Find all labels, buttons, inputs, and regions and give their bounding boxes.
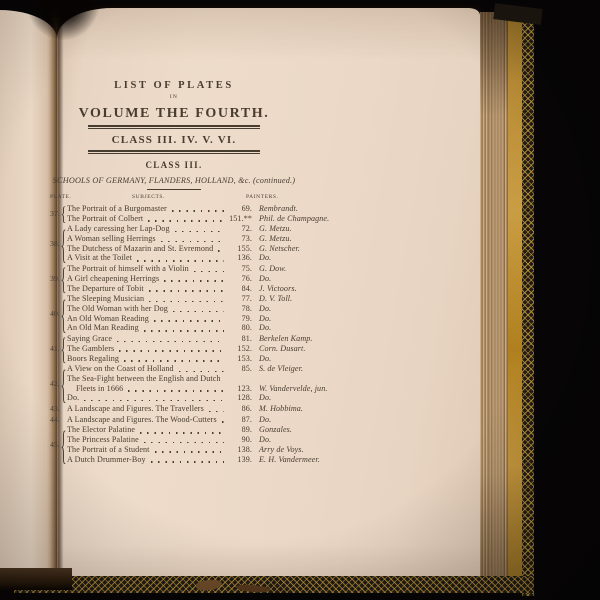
plate-row: A Girl cheapening Herrings76.Do. — [67, 274, 336, 284]
class-current-heading: CLASS III. — [50, 160, 298, 170]
group-brace: { — [60, 364, 67, 403]
subject-text: A Lady caressing her Lap-Dog — [67, 224, 170, 234]
group-rows: A Lady caressing her Lap-Dog72.G. Metzu.… — [67, 224, 336, 263]
group-brace: { — [60, 334, 67, 363]
plate-ref-number: 139. — [226, 455, 252, 465]
subjects-column-header: SUBJECTS. — [132, 194, 165, 200]
plate-row: Boors Regaling153.Do. — [67, 354, 336, 364]
subject-cell: The Sleeping Musician — [67, 294, 226, 304]
painter-name: W. Vandervelde, jun. — [252, 384, 336, 394]
dot-leader — [128, 390, 224, 392]
brace-glyph: { — [61, 294, 67, 334]
subject-cell: The Gamblers — [67, 344, 226, 354]
group-rows: The Portrait of a Burgomaster69.Rembrand… — [67, 204, 336, 223]
group-rows: The Elector Palatine89.Gonzales.The Prin… — [67, 425, 336, 464]
subject-cell: Saying Grace — [67, 334, 226, 344]
painter-name: G. Dow. — [252, 264, 336, 274]
fore-edge-pages — [480, 12, 508, 588]
subject-text: The Gamblers — [67, 344, 114, 354]
plate-ref-number: 86. — [226, 404, 252, 414]
plate-row: The Old Woman with her Dog78.Do. — [67, 304, 336, 314]
subject-cell: The Portrait of himself with a Violin — [67, 264, 226, 274]
dot-leader — [194, 271, 224, 273]
painter-name: Do. — [252, 314, 336, 324]
painter-name: Berkelen Kamp. — [252, 334, 336, 344]
plate-ref-number: 89. — [226, 425, 252, 435]
plate-ref-number: 80. — [226, 323, 252, 333]
plate-row: The Portrait of himself with a Violin75.… — [67, 264, 336, 274]
painter-name: E. H. Vandermeer. — [252, 455, 336, 465]
plates-table: 37.{The Portrait of a Burgomaster69.Remb… — [50, 204, 336, 464]
subject-cell: The Portrait of Colbert — [67, 214, 226, 224]
plate-group: 45.{The Elector Palatine89.Gonzales.The … — [50, 425, 336, 464]
painter-name: Do. — [252, 274, 336, 284]
list-of-plates-title: LIST OF PLATES — [50, 80, 298, 91]
dot-leader — [144, 442, 224, 444]
gilt-edge — [508, 14, 522, 592]
plate-group: 44.A Landscape and Figures. The Wood-Cut… — [50, 415, 336, 425]
plate-row: The Portrait of a Student138.Arry de Voy… — [67, 445, 336, 455]
subject-text: The Princess Palatine — [67, 435, 139, 445]
subject-text: Do. — [67, 393, 79, 403]
dot-leader — [173, 311, 224, 313]
plate-ref-number: 81. — [226, 334, 252, 344]
plate-row: A Visit at the Toilet136.Do. — [67, 253, 336, 263]
subject-text: A View on the Coast of Holland — [67, 364, 174, 374]
plate-ref-number: 85. — [226, 364, 252, 374]
subject-text: The Portrait of a Burgomaster — [67, 204, 167, 214]
dot-leader — [149, 301, 224, 303]
subject-text: The Portrait of himself with a Violin — [67, 264, 189, 274]
subject-text: A Woman selling Herrings — [67, 234, 156, 244]
cover-right-edge — [522, 16, 534, 596]
subject-cell: The Dutchess of Mazarin and St. Evremond — [67, 244, 226, 254]
dot-leader — [124, 360, 224, 362]
plate-row: Saying Grace81.Berkelen Kamp. — [67, 334, 336, 344]
subject-cell: A Landscape and Figures. The Travellers — [67, 404, 226, 414]
plate-row: The Elector Palatine89.Gonzales. — [67, 425, 336, 435]
painter-name: S. de Vleiger. — [252, 364, 336, 374]
dot-leader — [222, 421, 224, 423]
subject-cell: A Woman selling Herrings — [67, 234, 226, 244]
painter-name: Do. — [252, 253, 336, 263]
dot-leader — [179, 371, 224, 373]
plate-row: Fleets in 1666123.W. Vandervelde, jun. — [67, 384, 336, 394]
subject-cell: A View on the Coast of Holland — [67, 364, 226, 374]
group-rows: A Landscape and Figures. The Wood-Cutter… — [67, 415, 336, 425]
brace-glyph: { — [61, 425, 67, 465]
painter-name: Gonzales. — [252, 425, 336, 435]
subject-text: A Landscape and Figures. The Wood-Cutter… — [67, 415, 217, 425]
painter-name: M. Hobbima. — [252, 404, 336, 414]
short-rule — [147, 189, 201, 190]
cover-bottom-edge — [14, 576, 534, 593]
group-brace: { — [60, 294, 67, 333]
dot-leader — [137, 260, 224, 262]
plate-number: 42. — [50, 379, 60, 388]
page-content: LIST OF PLATES IN VOLUME THE FOURTH. CLA… — [50, 80, 336, 464]
plate-row: The Sleeping Musician77.D. V. Toll. — [67, 294, 336, 304]
plate-number: 38. — [50, 239, 60, 248]
group-brace: { — [60, 264, 67, 293]
subject-cell: The Elector Palatine — [67, 425, 226, 435]
subject-cell: The Princess Palatine — [67, 435, 226, 445]
plate-row: An Old Woman Reading79.Do. — [67, 314, 336, 324]
dot-leader — [172, 210, 224, 212]
subject-cell: The Old Woman with her Dog — [67, 304, 226, 314]
painter-name: Do. — [252, 435, 336, 445]
subject-cell: An Old Man Reading — [67, 323, 226, 333]
plate-ref-number: 136. — [226, 253, 252, 263]
painter-name: Do. — [252, 354, 336, 364]
painter-name: G. Metzu. — [252, 234, 336, 244]
plate-ref-number: 138. — [226, 445, 252, 455]
painter-name: Do. — [252, 323, 336, 333]
subject-text: The Sleeping Musician — [67, 294, 144, 304]
plate-group: 41.{Saying Grace81.Berkelen Kamp.The Gam… — [50, 334, 336, 363]
subject-cell: Boors Regaling — [67, 354, 226, 364]
dot-leader — [148, 220, 224, 222]
plate-row: A Landscape and Figures. The Wood-Cutter… — [67, 415, 336, 425]
subject-text: A Girl cheapening Herrings — [67, 274, 159, 284]
subject-text: The Portrait of Colbert — [67, 214, 143, 224]
plate-ref-number: 123. — [226, 384, 252, 394]
fore-edge-shading — [480, 12, 508, 588]
subject-text: A Visit at the Toilet — [67, 253, 132, 263]
plate-row: Do.128.Do. — [67, 393, 336, 403]
plate-group: 38.{A Lady caressing her Lap-Dog72.G. Me… — [50, 224, 336, 263]
plate-column-header: PLATE. — [50, 194, 71, 200]
dot-leader — [149, 290, 224, 292]
subject-text: An Old Man Reading — [67, 323, 139, 333]
plate-ref-number: 155. — [226, 244, 252, 254]
plate-ref-number: 90. — [226, 435, 252, 445]
plate-ref-number: 152. — [226, 344, 252, 354]
dot-leader — [140, 432, 224, 434]
plate-row: A Landscape and Figures. The Travellers8… — [67, 404, 336, 414]
group-rows: A View on the Coast of Holland85.S. de V… — [67, 364, 336, 403]
painter-name: Rembrandt. — [252, 204, 336, 214]
subject-cell: The Portrait of a Burgomaster — [67, 204, 226, 214]
plate-group: 37.{The Portrait of a Burgomaster69.Remb… — [50, 204, 336, 223]
plate-row: The Dutchess of Mazarin and St. Evremond… — [67, 244, 336, 254]
plate-ref-number: 77. — [226, 294, 252, 304]
dot-leader — [154, 320, 224, 322]
plate-row: A Lady caressing her Lap-Dog72.G. Metzu. — [67, 224, 336, 234]
plate-ref-number: 72. — [226, 224, 252, 234]
plate-number: 43. — [50, 404, 60, 413]
subject-cell: A Girl cheapening Herrings — [67, 274, 226, 284]
group-brace: { — [60, 224, 67, 263]
painter-name: Phil. de Champagne. — [252, 214, 336, 224]
painter-name: Corn. Dusart. — [252, 344, 336, 354]
plate-ref-number: 76. — [226, 274, 252, 284]
gutter-top-shadow — [26, 0, 100, 40]
in-word: IN — [50, 94, 298, 100]
page-header: LIST OF PLATES IN VOLUME THE FOURTH. CLA… — [50, 80, 298, 190]
class-range-heading: CLASS III. IV. V. VI. — [50, 134, 298, 146]
dot-leader — [164, 280, 224, 282]
dot-leader — [117, 341, 224, 343]
plate-row: A Woman selling Herrings73.G. Metzu. — [67, 234, 336, 244]
brace-glyph: { — [61, 334, 67, 364]
subject-cell: An Old Woman Reading — [67, 314, 226, 324]
plate-row: The Portrait of a Burgomaster69.Rembrand… — [67, 204, 336, 214]
subject-text: The Departure of Tobit — [67, 284, 144, 294]
subject-cell: A Dutch Drummer-Boy — [67, 455, 226, 465]
plate-group: 40.{The Sleeping Musician77.D. V. Toll.T… — [50, 294, 336, 333]
subject-cell: A Landscape and Figures. The Wood-Cutter… — [67, 415, 226, 425]
book-photo: LIST OF PLATES IN VOLUME THE FOURTH. CLA… — [0, 0, 600, 600]
plate-ref-number: 78. — [226, 304, 252, 314]
painter-name: J. Victoors. — [252, 284, 336, 294]
subject-text: The Sea-Fight between the English and Du… — [67, 374, 221, 384]
plate-row: A Dutch Drummer-Boy139.E. H. Vandermeer. — [67, 455, 336, 465]
plate-ref-number: 153. — [226, 354, 252, 364]
plate-number: 39. — [50, 274, 60, 283]
plate-row: The Princess Palatine90.Do. — [67, 435, 336, 445]
plate-ref-number: 73. — [226, 234, 252, 244]
subject-cell: A Lady caressing her Lap-Dog — [67, 224, 226, 234]
plate-row: The Portrait of Colbert151.**Phil. de Ch… — [67, 214, 336, 224]
subject-text: Boors Regaling — [67, 354, 119, 364]
divider-rule — [88, 125, 260, 129]
group-rows: The Sleeping Musician77.D. V. Toll.The O… — [67, 294, 336, 333]
volume-title: VOLUME THE FOURTH. — [50, 106, 298, 121]
subject-cell: The Sea-Fight between the English and Du… — [67, 374, 336, 384]
plate-row: The Sea-Fight between the English and Du… — [67, 374, 336, 384]
column-headers: PLATE. SUBJECTS. PAINTERS. — [50, 194, 336, 201]
brace-glyph: { — [61, 224, 67, 264]
brace-glyph: { — [61, 264, 67, 294]
plate-ref-number: 79. — [226, 314, 252, 324]
plate-ref-number: 87. — [226, 415, 252, 425]
plate-number: 41. — [50, 344, 60, 353]
subject-cell: The Departure of Tobit — [67, 284, 226, 294]
subject-text: A Landscape and Figures. The Travellers — [67, 404, 204, 414]
worn-spine-edge — [0, 568, 72, 590]
group-brace: { — [60, 425, 67, 464]
plate-group: 43.A Landscape and Figures. The Travelle… — [50, 404, 336, 414]
subject-cell: Do. — [67, 393, 226, 403]
plate-number: 37. — [50, 209, 60, 218]
dot-leader — [151, 461, 224, 463]
plate-ref-number: 151.** — [226, 214, 252, 224]
left-page — [0, 10, 57, 580]
plate-ref-number: 69. — [226, 204, 252, 214]
painter-name: D. V. Toll. — [252, 294, 336, 304]
painter-name: G. Metzu. — [252, 224, 336, 234]
dot-leader — [175, 231, 224, 233]
subject-text: A Dutch Drummer-Boy — [67, 455, 146, 465]
dot-leader — [119, 350, 224, 352]
group-rows: The Portrait of himself with a Violin75.… — [67, 264, 336, 293]
brace-glyph: { — [61, 363, 67, 403]
painters-column-header: PAINTERS. — [246, 194, 279, 200]
subject-text: The Dutchess of Mazarin and St. Evremond — [67, 244, 213, 254]
plate-number: 40. — [50, 309, 60, 318]
painter-name: Arry de Voys. — [252, 445, 336, 455]
subject-cell: A Visit at the Toilet — [67, 253, 226, 263]
dot-leader — [218, 250, 224, 252]
painter-name: Do. — [252, 415, 336, 425]
subject-text: An Old Woman Reading — [67, 314, 149, 324]
dot-leader — [155, 451, 224, 453]
divider-rule — [88, 150, 260, 154]
plate-row: The Gamblers152.Corn. Dusart. — [67, 344, 336, 354]
subject-text: The Elector Palatine — [67, 425, 135, 435]
subject-text: Fleets in 1666 — [76, 384, 123, 394]
subject-text: The Old Woman with her Dog — [67, 304, 168, 314]
plate-row: An Old Man Reading80.Do. — [67, 323, 336, 333]
dot-leader — [84, 400, 224, 402]
plate-group: 39.{The Portrait of himself with a Violi… — [50, 264, 336, 293]
painter-name: Do. — [252, 304, 336, 314]
subject-cell: The Portrait of a Student — [67, 445, 226, 455]
group-rows: Saying Grace81.Berkelen Kamp.The Gambler… — [67, 334, 336, 363]
plate-ref-number: 128. — [226, 393, 252, 403]
subject-text: The Portrait of a Student — [67, 445, 150, 455]
plate-row: A View on the Coast of Holland85.S. de V… — [67, 364, 336, 374]
subject-text: Saying Grace — [67, 334, 112, 344]
schools-subtitle: SCHOOLS OF GERMANY, FLANDERS, HOLLAND, &… — [50, 176, 298, 185]
dot-leader — [144, 330, 224, 332]
group-rows: A Landscape and Figures. The Travellers8… — [67, 404, 336, 414]
plate-ref-number: 84. — [226, 284, 252, 294]
painter-name: G. Netscher. — [252, 244, 336, 254]
dot-leader — [161, 241, 224, 243]
subject-cell: Fleets in 1666 — [67, 384, 226, 394]
painter-name: Do. — [252, 393, 336, 403]
plate-ref-number: 75. — [226, 264, 252, 274]
dot-leader — [209, 411, 224, 413]
plate-number: 45. — [50, 440, 60, 449]
plate-number: 44. — [50, 415, 60, 424]
plate-group: 42.{A View on the Coast of Holland85.S. … — [50, 364, 336, 403]
plate-row: The Departure of Tobit84.J. Victoors. — [67, 284, 336, 294]
